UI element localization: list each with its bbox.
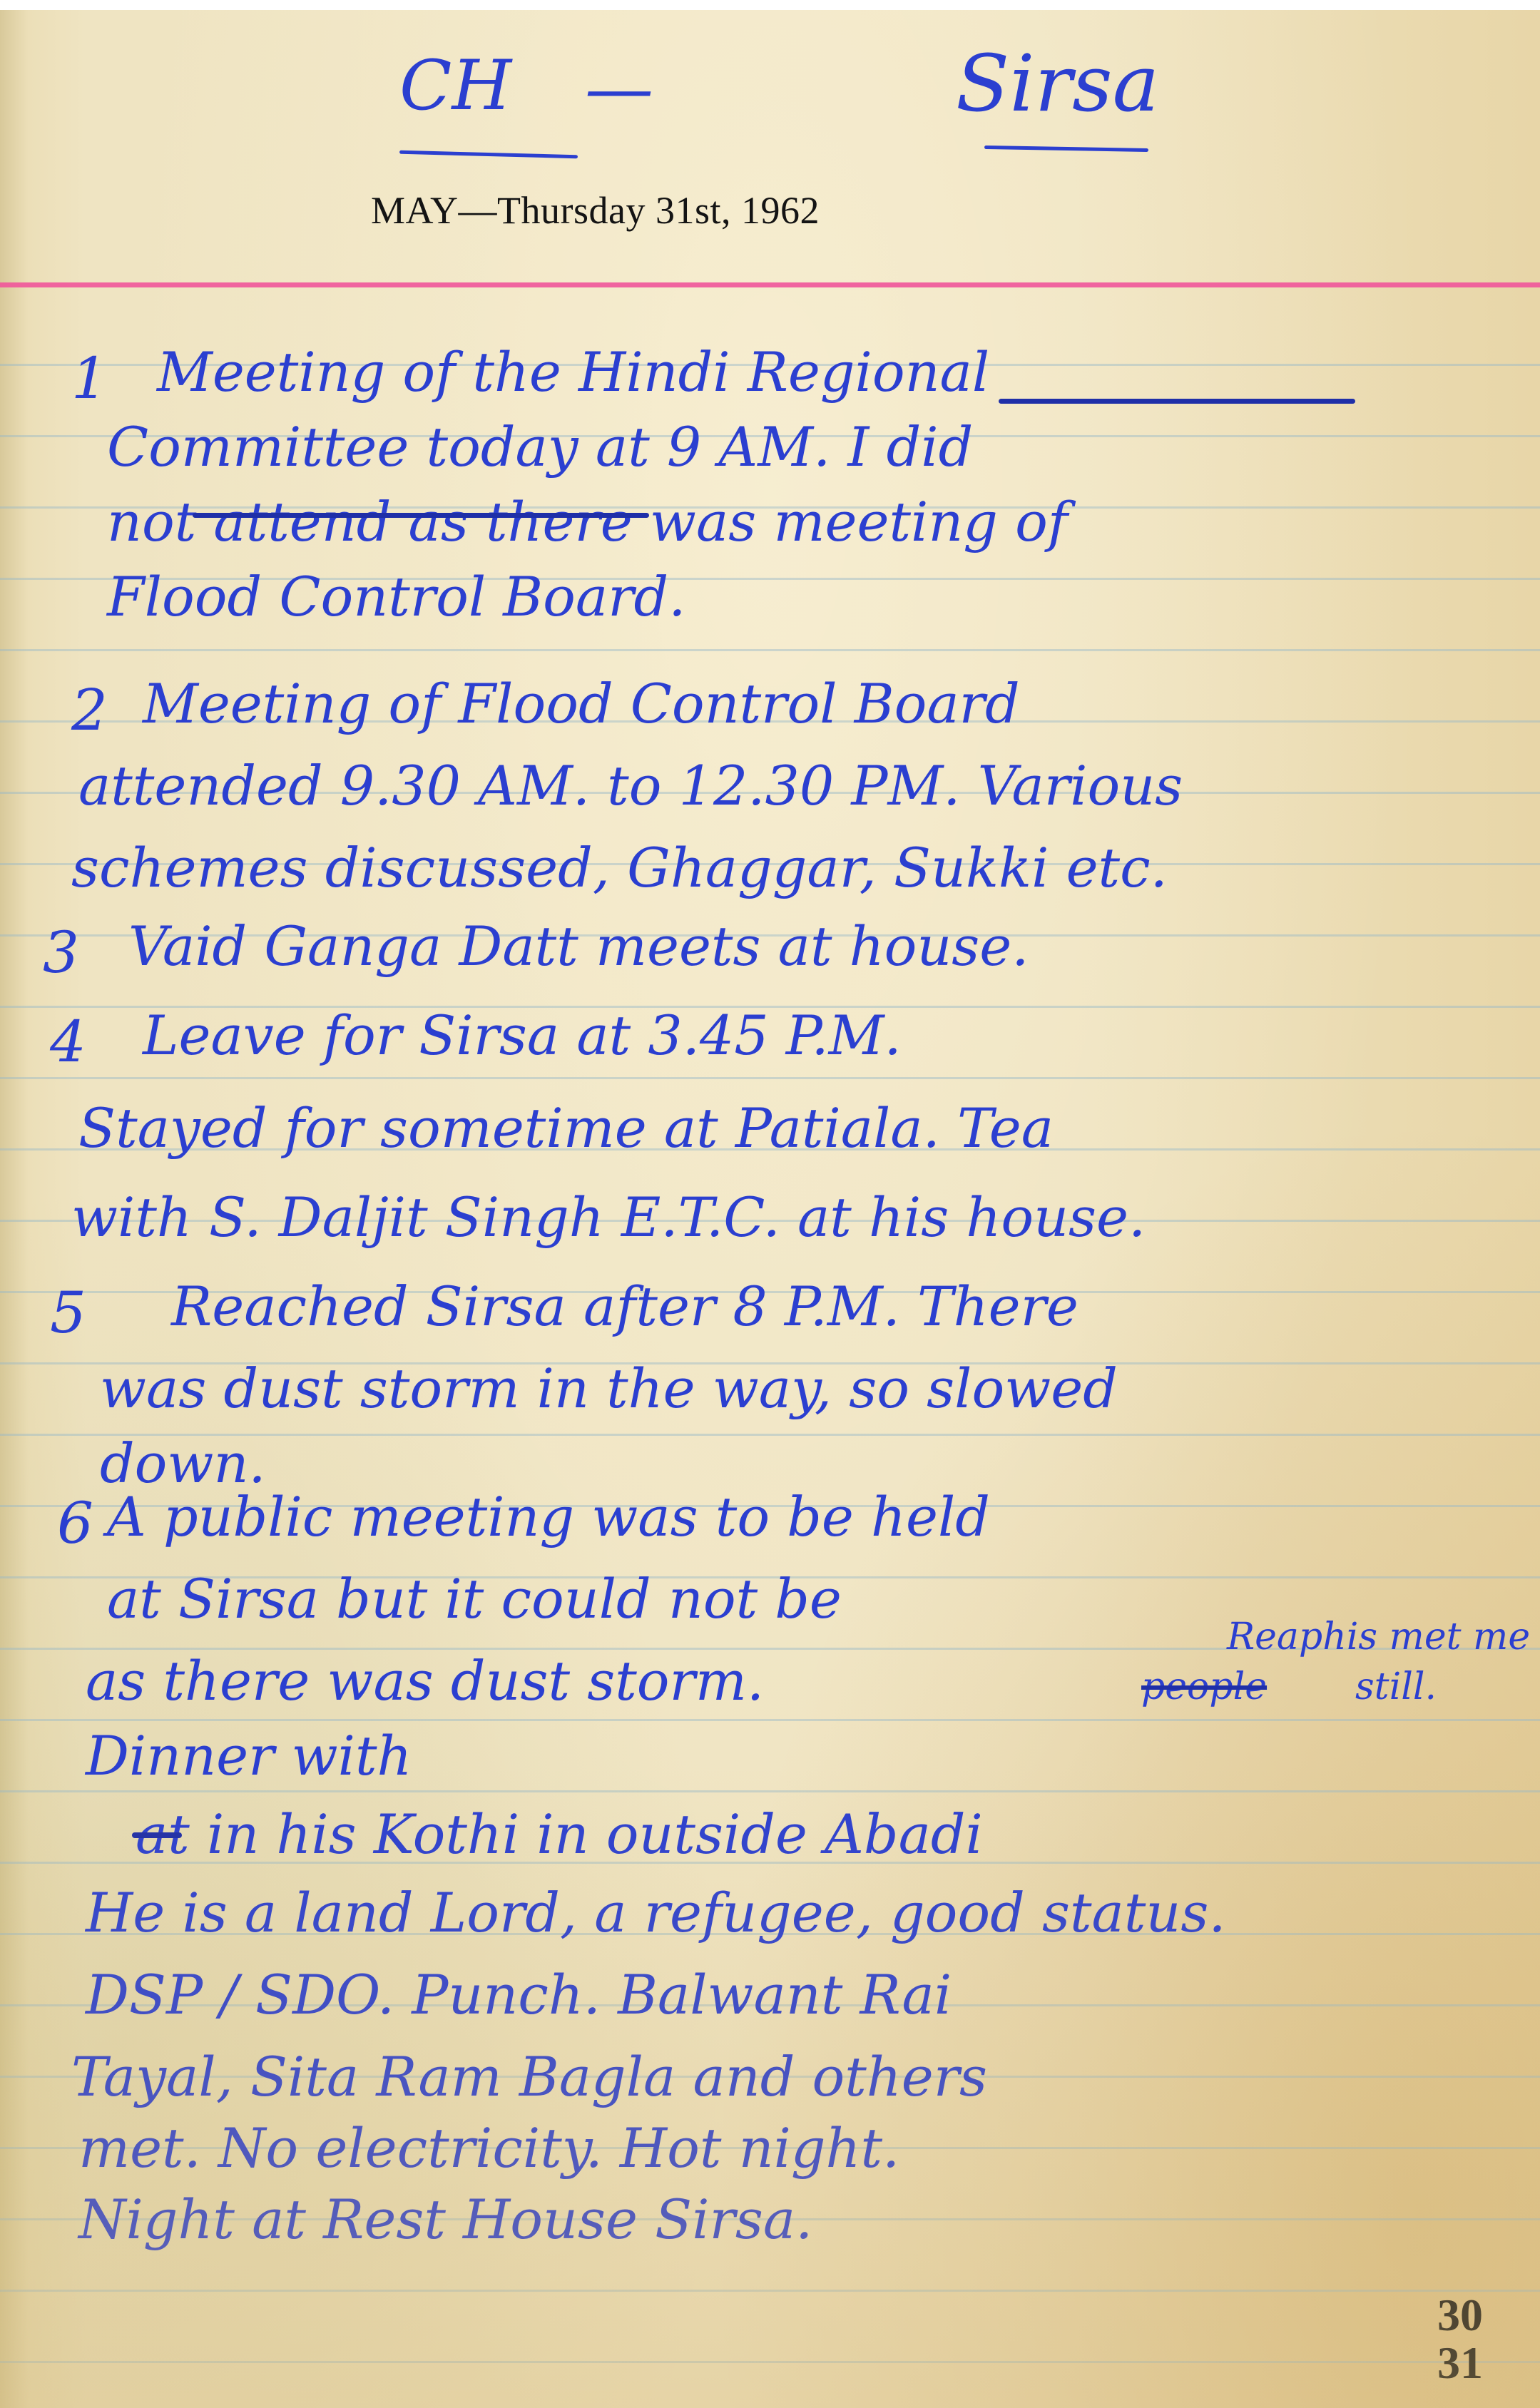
entry-6-insertion-below: still. bbox=[1355, 1668, 1437, 1705]
entry-6-insertion-struck: people bbox=[1141, 1668, 1267, 1705]
page-numbers: 30 31 bbox=[1437, 2291, 1483, 2387]
heading-right-underline bbox=[984, 146, 1148, 152]
entry-1-line-1: Meeting of the Hindi Regional bbox=[157, 345, 989, 399]
entry-6-insertion-above: Reaphis met me bbox=[1227, 1618, 1530, 1655]
dinner-line-7: Night at Rest House Sirsa. bbox=[78, 2193, 812, 2247]
dinner-line-4: DSP / SDO. Punch. Balwant Rai bbox=[86, 1968, 952, 2022]
strike-not-attend bbox=[193, 513, 649, 518]
dinner-line-5: Tayal, Sita Ram Bagla and others bbox=[71, 2050, 987, 2104]
entry-number-4: 4 bbox=[50, 1009, 86, 1075]
entry-3-line-1: Vaid Ganga Datt meets at house. bbox=[128, 919, 1029, 974]
entry-number-6: 6 bbox=[57, 1490, 93, 1556]
diary-page: CH — Sirsa MAY—Thursday 31st, 1962 bbox=[0, 10, 1540, 2408]
entry-2-line-3: schemes discussed, Ghaggar, Sukki etc. bbox=[71, 841, 1168, 895]
dinner-line-2: at in his Kothi in outside Abadi bbox=[136, 1807, 983, 1862]
heading-right: Sirsa bbox=[956, 44, 1159, 123]
heading-left: CH bbox=[399, 51, 511, 120]
entry-1-line-2: Committee today at 9 AM. I did bbox=[107, 420, 973, 474]
dinner-line-1: Dinner with bbox=[86, 1729, 412, 1783]
dinner-line-3: He is a land Lord, a refugee, good statu… bbox=[86, 1886, 1226, 1940]
dinner-line-6: met. No electricity. Hot night. bbox=[78, 2121, 899, 2175]
entry-4-line-1: Leave for Sirsa at 3.45 P.M. bbox=[143, 1009, 902, 1063]
page-number-31: 31 bbox=[1437, 2339, 1483, 2387]
entry-5-line-2: was dust storm in the way, so slowed bbox=[100, 1362, 1118, 1416]
entry-number-2: 2 bbox=[71, 677, 108, 743]
entry-2-line-1: Meeting of Flood Control Board bbox=[143, 677, 1020, 731]
entry-6-line-2: at Sirsa but it could not be bbox=[107, 1572, 842, 1626]
strike-today bbox=[999, 399, 1355, 404]
entry-1-line-3: not attend as there was meeting of bbox=[107, 495, 1068, 549]
entry-1-line-4: Flood Control Board. bbox=[107, 570, 685, 624]
entry-4-line-2: Stayed for sometime at Patiala. Tea bbox=[78, 1101, 1054, 1155]
strike-at bbox=[132, 1832, 182, 1838]
printed-date: MAY—Thursday 31st, 1962 bbox=[371, 188, 820, 233]
heading-dash: — bbox=[585, 54, 653, 123]
entry-5-line-1: Reached Sirsa after 8 P.M. There bbox=[171, 1280, 1078, 1334]
entry-number-5: 5 bbox=[50, 1280, 86, 1346]
page-number-30: 30 bbox=[1437, 2291, 1483, 2339]
entry-6-line-1: A public meeting was to be held bbox=[107, 1490, 990, 1544]
heading-left-underline bbox=[399, 150, 578, 159]
entry-2-line-2: attended 9.30 AM. to 12.30 PM. Various bbox=[78, 759, 1183, 813]
entry-4-line-3: with S. Daljit Singh E.T.C. at his house… bbox=[71, 1190, 1146, 1245]
entry-number-1: 1 bbox=[71, 345, 108, 412]
red-header-rule bbox=[0, 282, 1540, 287]
entry-number-3: 3 bbox=[43, 919, 79, 986]
entry-6-line-3: as there was dust storm. bbox=[86, 1654, 764, 1708]
entry-5-line-3: down. bbox=[100, 1437, 266, 1491]
